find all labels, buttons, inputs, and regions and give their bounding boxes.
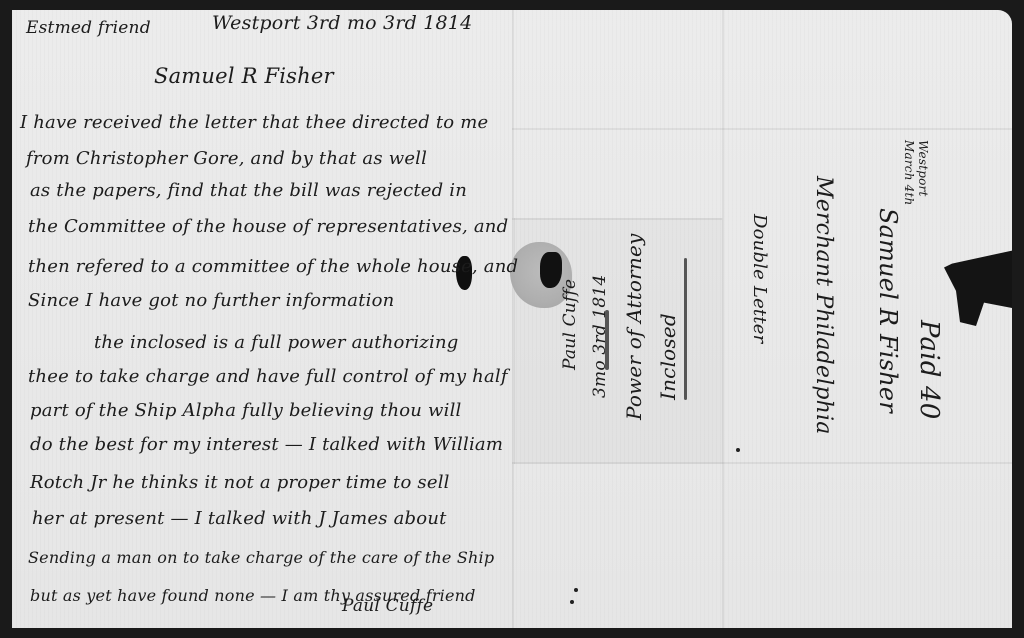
recipient-location: Merchant Philadelphia xyxy=(811,176,836,435)
salutation: Estmed friend xyxy=(26,18,151,38)
postmark-line: March 4th xyxy=(902,140,916,205)
body-line: from Christopher Gore, and by that as we… xyxy=(26,148,427,169)
docket-line: Power of Attorney xyxy=(622,233,646,420)
docket-line: Paul Cuffe xyxy=(560,279,580,370)
addressee-heading: Samuel R Fisher xyxy=(154,64,334,88)
body-line: Sending a man on to take charge of the c… xyxy=(28,548,494,567)
place-date: Westport 3rd mo 3rd 1814 xyxy=(212,12,472,34)
body-line: as the papers, find that the bill was re… xyxy=(30,180,467,201)
rate-note: Double Letter xyxy=(749,214,770,343)
body-line: do the best for my interest — I talked w… xyxy=(30,434,503,455)
body-line: thee to take charge and have full contro… xyxy=(28,366,508,387)
ink-speck xyxy=(736,448,740,452)
signature: Paul Cuffe xyxy=(342,596,433,616)
body-line: Rotch Jr he thinks it not a proper time … xyxy=(30,472,450,493)
body-line: the Committee of the house of representa… xyxy=(28,216,508,237)
docket-line: Inclosed xyxy=(656,313,680,400)
postmark-line: Westport xyxy=(916,140,930,197)
fold-line-horizontal xyxy=(512,128,1012,130)
ink-blot xyxy=(540,252,562,288)
body-line: I have received the letter that thee dir… xyxy=(20,112,488,133)
docket-rule-line xyxy=(684,258,687,400)
docket-line: 3mo 3rd 1814 xyxy=(590,275,610,398)
torn-paper-hole xyxy=(944,248,1012,326)
body-line: then refered to a committee of the whole… xyxy=(28,256,518,277)
recipient-name: Samuel R Fisher xyxy=(874,208,902,413)
body-line: part of the Ship Alpha fully believing t… xyxy=(30,400,462,421)
ink-speck xyxy=(570,600,574,604)
body-line: the inclosed is a full power authorizing xyxy=(94,332,458,353)
body-line: her at present — I talked with J James a… xyxy=(32,508,447,529)
body-line: Since I have got no further information xyxy=(28,290,394,311)
letter-page xyxy=(12,10,1012,628)
postage-paid: Paid 40 xyxy=(914,320,944,420)
ink-speck xyxy=(574,588,578,592)
